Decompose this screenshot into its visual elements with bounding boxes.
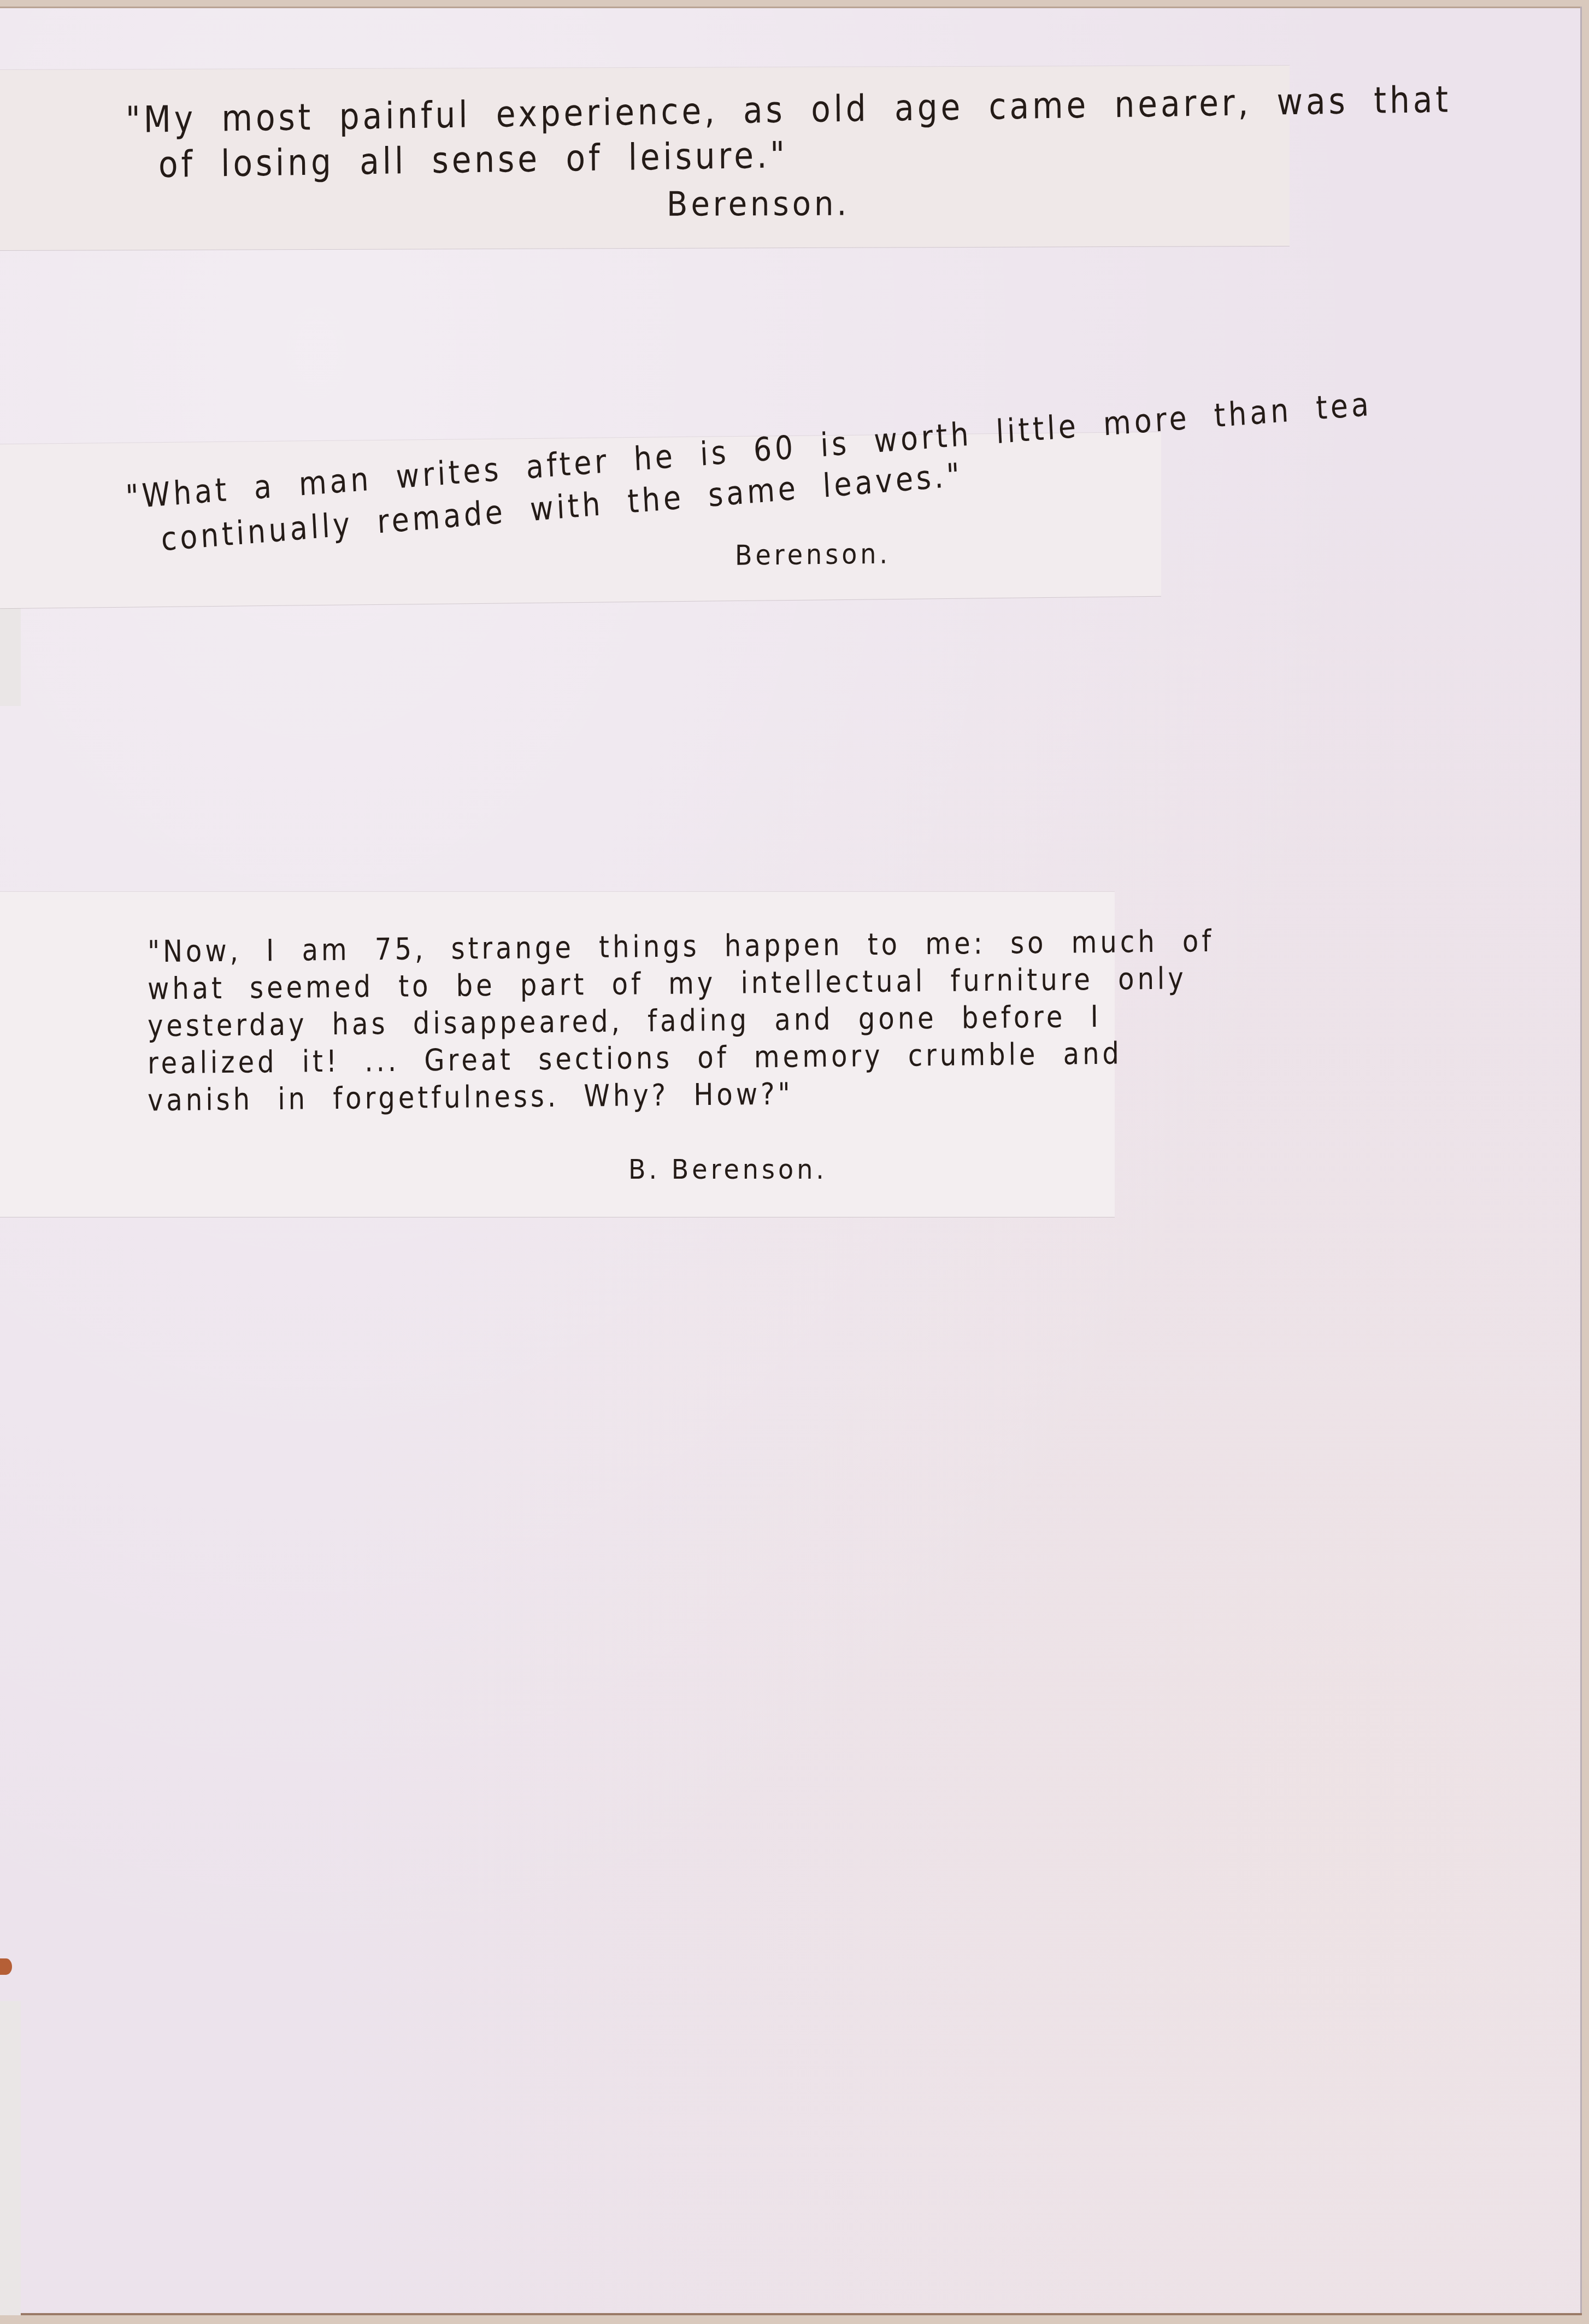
quote-line: "My most painful experience, as old age … [126, 78, 1452, 142]
quote-attribution: Berenson. [667, 184, 850, 224]
sheet-right-edge [1580, 7, 1582, 2315]
quote-slip-1: "My most painful experience, as old age … [0, 66, 1290, 250]
sheet-bottom-edge [0, 2313, 1582, 2315]
quote-attribution: Berenson. [735, 537, 891, 571]
sheet-top-edge [0, 7, 1582, 8]
quote-slip-2: "What a man writes after he is 60 is wor… [0, 432, 1161, 608]
ink-stain [0, 1958, 12, 1975]
torn-margin [0, 2001, 21, 2315]
quote-line: realized it! ... Great sections of memor… [148, 1036, 1122, 1081]
quote-slip-3: "Now, I am 75, strange things happen to … [0, 892, 1115, 1217]
quote-line: vanish in forgetfulness. Why? How?" [148, 1076, 793, 1118]
quote-attribution: B. Berenson. [628, 1152, 827, 1185]
quote-line: of losing all sense of leisure." [158, 133, 788, 186]
paper-sheet: "My most painful experience, as old age … [0, 7, 1582, 2315]
